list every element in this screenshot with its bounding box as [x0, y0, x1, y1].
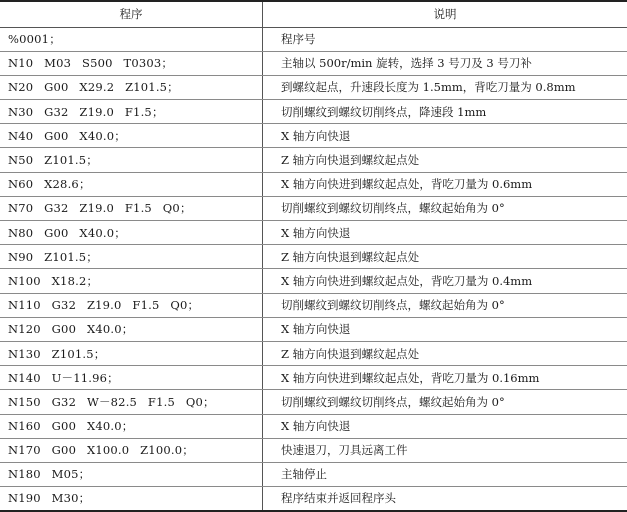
- program-cell: N70 G32 Z19.0 F1.5 Q0；: [0, 196, 263, 220]
- program-cell: N180 M05；: [0, 462, 263, 486]
- description-cell: 快速退刀，刀具远离工件: [263, 438, 627, 462]
- description-cell: 切削螺纹到螺纹切削终点，螺纹起始角为 0°: [263, 293, 627, 317]
- description-cell: X 轴方向快进到螺纹起点处，背吃刀量为 0.4mm: [263, 269, 627, 293]
- description-cell: X 轴方向快退: [263, 317, 627, 341]
- description-cell: Z 轴方向快退到螺纹起点处: [263, 341, 627, 365]
- table-row: N110 G32 Z19.0 F1.5 Q0；切削螺纹到螺纹切削终点，螺纹起始角…: [0, 293, 627, 317]
- table-row: N20 G00 X29.2 Z101.5；到螺纹起点，升速段长度为 1.5mm，…: [0, 75, 627, 99]
- nc-program-table: 程序 说明 %0001；程序号N10 M03 S500 T0303；主轴以 50…: [0, 0, 627, 500]
- table-row: N10 M03 S500 T0303；主轴以 500r/min 旋转，选择 3 …: [0, 51, 627, 75]
- program-cell: N20 G00 X29.2 Z101.5；: [0, 75, 263, 99]
- description-cell: X 轴方向快进到螺纹起点处，背吃刀量为 0.6mm: [263, 172, 627, 196]
- program-cell: N120 G00 X40.0；: [0, 317, 263, 341]
- description-cell: X 轴方向快退: [263, 124, 627, 148]
- description-cell: 程序结束并返回程序头: [263, 487, 627, 500]
- description-cell: 切削螺纹到螺纹切削终点，降速段 1mm: [263, 100, 627, 124]
- description-cell: 切削螺纹到螺纹切削终点，螺纹起始角为 0°: [263, 196, 627, 220]
- program-cell: N130 Z101.5；: [0, 341, 263, 365]
- program-cell: N80 G00 X40.0；: [0, 221, 263, 245]
- table-row: N60 X28.6；X 轴方向快进到螺纹起点处，背吃刀量为 0.6mm: [0, 172, 627, 196]
- description-cell: 主轴以 500r/min 旋转，选择 3 号刀及 3 号刀补: [263, 51, 627, 75]
- description-cell: 到螺纹起点，升速段长度为 1.5mm，背吃刀量为 0.8mm: [263, 75, 627, 99]
- table-row: N90 Z101.5；Z 轴方向快退到螺纹起点处: [0, 245, 627, 269]
- description-cell: X 轴方向快退: [263, 221, 627, 245]
- table-row: N130 Z101.5；Z 轴方向快退到螺纹起点处: [0, 341, 627, 365]
- program-cell: N50 Z101.5；: [0, 148, 263, 172]
- table-row: N160 G00 X40.0；X 轴方向快退: [0, 414, 627, 438]
- program-cell: N100 X18.2；: [0, 269, 263, 293]
- table-row: N140 U－11.96；X 轴方向快进到螺纹起点处，背吃刀量为 0.16mm: [0, 366, 627, 390]
- table-row: N80 G00 X40.0；X 轴方向快退: [0, 221, 627, 245]
- description-cell: 切削螺纹到螺纹切削终点，螺纹起始角为 0°: [263, 390, 627, 414]
- program-cell: N40 G00 X40.0；: [0, 124, 263, 148]
- program-cell: N150 G32 W－82.5 F1.5 Q0；: [0, 390, 263, 414]
- description-cell: Z 轴方向快退到螺纹起点处: [263, 148, 627, 172]
- header-description: 说明: [263, 1, 627, 27]
- table-row: %0001；程序号: [0, 27, 627, 51]
- program-cell: N10 M03 S500 T0303；: [0, 51, 263, 75]
- program-cell: N190 M30；: [0, 487, 263, 500]
- table-row: N100 X18.2；X 轴方向快进到螺纹起点处，背吃刀量为 0.4mm: [0, 269, 627, 293]
- program-cell: N170 G00 X100.0 Z100.0；: [0, 438, 263, 462]
- table-row: N170 G00 X100.0 Z100.0；快速退刀，刀具远离工件: [0, 438, 627, 462]
- program-cell: N140 U－11.96；: [0, 366, 263, 390]
- program-cell: N160 G00 X40.0；: [0, 414, 263, 438]
- description-cell: 主轴停止: [263, 462, 627, 486]
- program-cell: N30 G32 Z19.0 F1.5；: [0, 100, 263, 124]
- table-header-row: 程序 说明: [0, 1, 627, 27]
- table-row: N70 G32 Z19.0 F1.5 Q0；切削螺纹到螺纹切削终点，螺纹起始角为…: [0, 196, 627, 220]
- table-body: %0001；程序号N10 M03 S500 T0303；主轴以 500r/min…: [0, 27, 627, 500]
- description-cell: 程序号: [263, 27, 627, 51]
- table-row: N120 G00 X40.0；X 轴方向快退: [0, 317, 627, 341]
- table-row: N180 M05；主轴停止: [0, 462, 627, 486]
- table-row: N150 G32 W－82.5 F1.5 Q0；切削螺纹到螺纹切削终点，螺纹起始…: [0, 390, 627, 414]
- program-cell: %0001；: [0, 27, 263, 51]
- description-cell: X 轴方向快进到螺纹起点处，背吃刀量为 0.16mm: [263, 366, 627, 390]
- program-cell: N110 G32 Z19.0 F1.5 Q0；: [0, 293, 263, 317]
- table-row: N40 G00 X40.0；X 轴方向快退: [0, 124, 627, 148]
- description-cell: X 轴方向快退: [263, 414, 627, 438]
- description-cell: Z 轴方向快退到螺纹起点处: [263, 245, 627, 269]
- table-row: N50 Z101.5；Z 轴方向快退到螺纹起点处: [0, 148, 627, 172]
- table-row: N30 G32 Z19.0 F1.5；切削螺纹到螺纹切削终点，降速段 1mm: [0, 100, 627, 124]
- header-program: 程序: [0, 1, 263, 27]
- program-cell: N90 Z101.5；: [0, 245, 263, 269]
- table-row: N190 M30；程序结束并返回程序头: [0, 487, 627, 500]
- program-cell: N60 X28.6；: [0, 172, 263, 196]
